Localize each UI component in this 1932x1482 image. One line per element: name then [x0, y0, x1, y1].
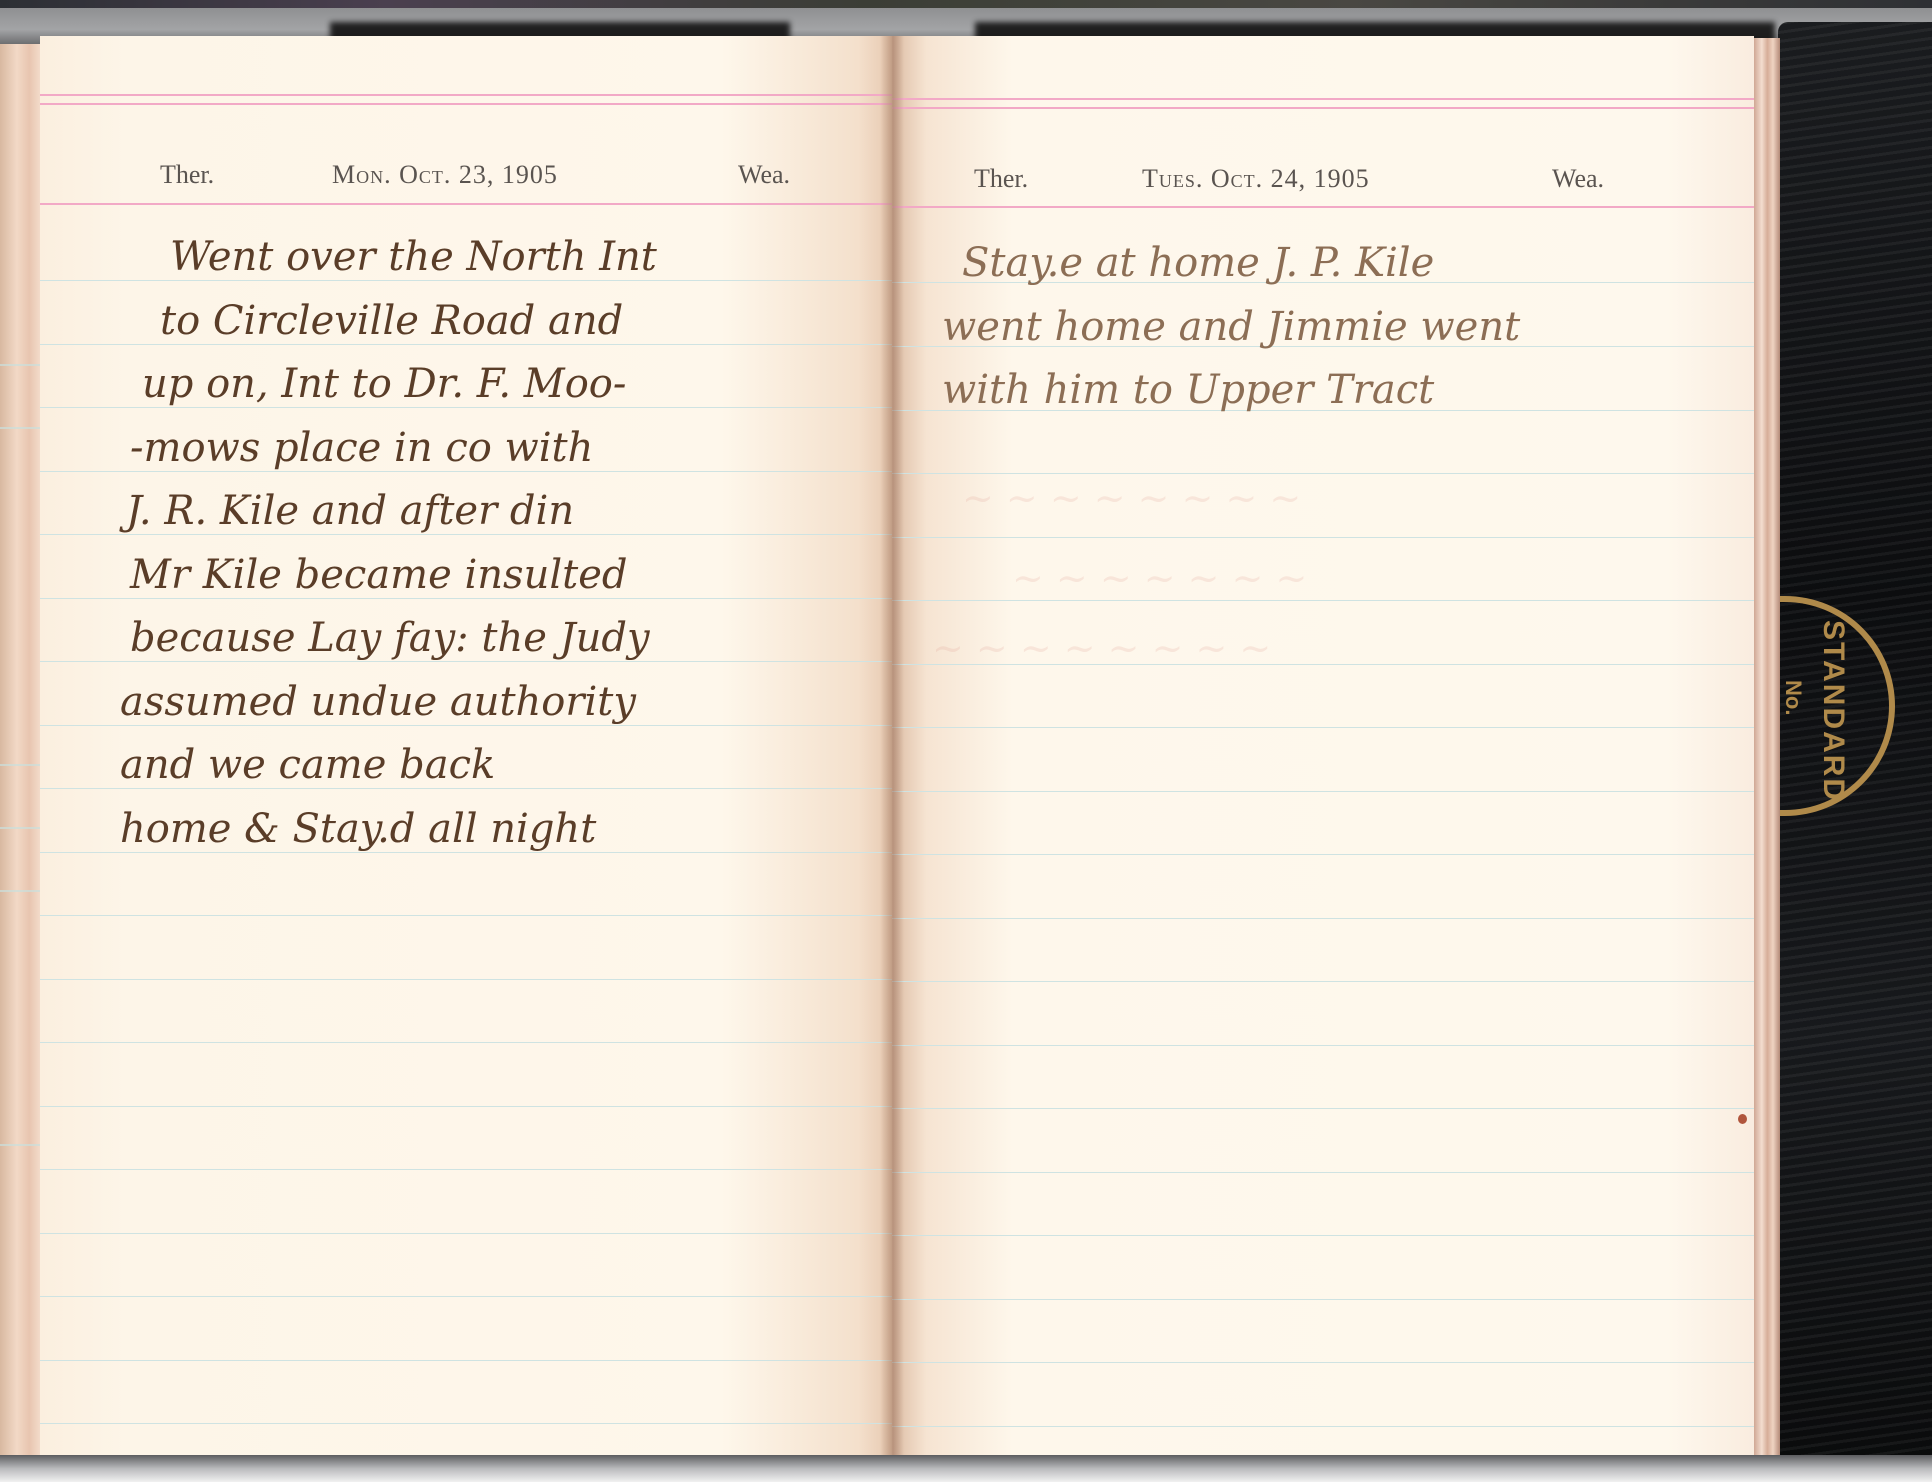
ink-spot [1738, 1114, 1747, 1124]
left-page-edges [0, 44, 42, 1456]
right-page-header: Ther. Tues. Oct. 24, 1905 Wea. [892, 164, 1754, 204]
diary-entry-text: Stay.e at home J. P. Kile went home and … [942, 232, 1754, 423]
entry-date: Mon. Oct. 23, 1905 [332, 160, 558, 190]
bleed-through-ink: ~ ~ ~ ~ ~ ~ ~ ~ [932, 626, 1271, 670]
entry-line: Went over the North Int [120, 226, 892, 290]
bleed-through-ink: ~ ~ ~ ~ ~ ~ ~ ~ [962, 476, 1301, 520]
weather-label: Wea. [1552, 164, 1604, 194]
diary-entry-text: Went over the North Int to Circleville R… [120, 226, 892, 861]
thermometer-label: Ther. [160, 160, 214, 190]
entry-line: Mr Kile became insulted [120, 544, 892, 608]
scan-top-edge [0, 0, 1932, 8]
thermometer-label: Ther. [974, 164, 1028, 194]
entry-line: went home and Jimmie went [942, 296, 1754, 360]
entry-line: Stay.e at home J. P. Kile [942, 232, 1754, 296]
entry-line: because Lay fay: the Judy [120, 607, 892, 671]
entry-line: home & Stay.d all night [120, 798, 892, 862]
left-page-header: Ther. Mon. Oct. 23, 1905 Wea. [40, 160, 892, 200]
entry-line: with him to Upper Tract [942, 359, 1754, 423]
scan-bottom-edge [0, 1455, 1932, 1482]
book-gutter [880, 36, 904, 1456]
bleed-through-ink: ~ ~ ~ ~ ~ ~ ~ [1012, 556, 1307, 600]
right-page-edges [1752, 38, 1780, 1458]
entry-line: J. R. Kile and after din [120, 480, 892, 544]
cover-medallion-text: STANDARD [1810, 620, 1850, 790]
entry-line: to Circleville Road and [120, 290, 892, 354]
entry-date: Tues. Oct. 24, 1905 [1142, 164, 1370, 194]
entry-line: assumed undue authority [120, 671, 892, 735]
cover-medallion-number: No. [1780, 680, 1806, 715]
diary-page-right: Ther. Tues. Oct. 24, 1905 Wea. ~ ~ ~ ~ ~… [892, 36, 1754, 1456]
entry-line: -mows place in co with [120, 417, 892, 481]
entry-line: up on, Int to Dr. F. Moo- [120, 353, 892, 417]
diary-page-left: Ther. Mon. Oct. 23, 1905 Wea. Went over … [40, 36, 892, 1456]
weather-label: Wea. [738, 160, 790, 190]
entry-line: and we came back [120, 734, 892, 798]
